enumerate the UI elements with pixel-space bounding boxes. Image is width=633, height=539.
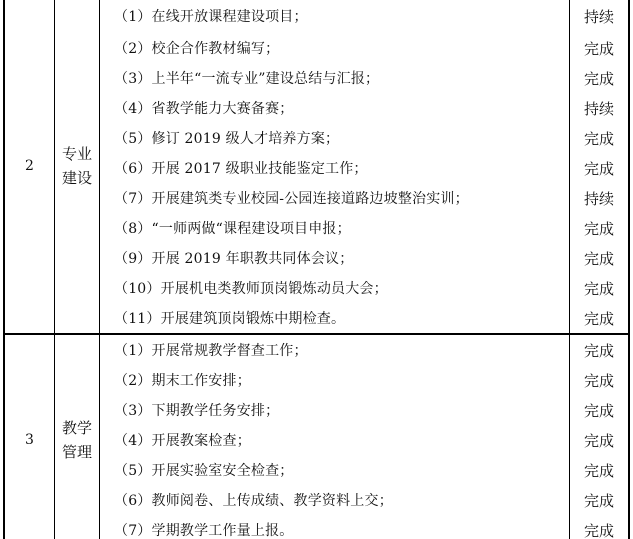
section-category-label: 教学管理 — [61, 416, 93, 464]
item-status: 完成 — [569, 455, 628, 485]
table-row: （3）上半年“一流专业”建设总结与汇报； 完成 — [100, 63, 628, 93]
section-category: 教学管理 — [55, 335, 100, 539]
item-status: 完成 — [569, 515, 628, 539]
table-row: （4）省教学能力大赛备赛； 持续 — [100, 93, 628, 123]
section-category: 专业建设 — [55, 0, 100, 333]
item-text: （5）开展实验室安全检查； — [100, 460, 569, 480]
table-row: （5）开展实验室安全检查； 完成 — [100, 455, 628, 485]
table-row: （1）开展常规教学督查工作； 完成 — [100, 335, 628, 365]
table-row: （6）开展 2017 级职业技能鉴定工作； 完成 — [100, 153, 628, 183]
work-summary-table: 2 专业建设 （1）在线开放课程建设项目； 持续 （2）校企合作教材编写； 完成… — [3, 0, 630, 539]
item-text: （4）开展教案检查； — [100, 430, 569, 450]
table-row: （7）学期教学工作量上报。 完成 — [100, 515, 628, 539]
item-status: 完成 — [569, 63, 628, 93]
item-text: （10）开展机电类教师顶岗锻炼动员大会； — [100, 278, 569, 298]
item-text: （8）“一师两做“课程建设项目申报； — [100, 218, 569, 238]
item-text: （3）上半年“一流专业”建设总结与汇报； — [100, 68, 569, 88]
item-status: 持续 — [569, 93, 628, 123]
item-text: （7）学期教学工作量上报。 — [100, 520, 569, 539]
table-row: （1）在线开放课程建设项目； 持续 — [100, 0, 628, 33]
item-status: 完成 — [569, 425, 628, 455]
item-status: 持续 — [569, 0, 628, 33]
item-text: （1）开展常规教学督查工作； — [100, 340, 569, 360]
item-text: （9）开展 2019 年职教共同体会议； — [100, 248, 569, 268]
item-text: （6）开展 2017 级职业技能鉴定工作； — [100, 158, 569, 178]
table-row: （6）教师阅卷、上传成绩、教学资料上交； 完成 — [100, 485, 628, 515]
table-row: （10）开展机电类教师顶岗锻炼动员大会； 完成 — [100, 273, 628, 303]
section-number: 3 — [5, 335, 55, 539]
item-status: 完成 — [569, 33, 628, 63]
item-text: （7）开展建筑类专业校园-公园连接道路边坡整治实训； — [100, 188, 569, 208]
item-text: （3）下期教学任务安排； — [100, 400, 569, 420]
item-status: 完成 — [569, 485, 628, 515]
item-status: 完成 — [569, 365, 628, 395]
section-teaching-management: 3 教学管理 （1）开展常规教学督查工作； 完成 （2）期末工作安排； 完成 （… — [5, 333, 628, 539]
item-status: 持续 — [569, 183, 628, 213]
item-text: （11）开展建筑顶岗锻炼中期检查。 — [100, 308, 569, 328]
item-status: 完成 — [569, 303, 628, 333]
item-status: 完成 — [569, 243, 628, 273]
section-number: 2 — [5, 0, 55, 333]
table-row: （11）开展建筑顶岗锻炼中期检查。 完成 — [100, 303, 628, 333]
table-row: （3）下期教学任务安排； 完成 — [100, 395, 628, 425]
item-text: （5）修订 2019 级人才培养方案； — [100, 128, 569, 148]
table-row: （8）“一师两做“课程建设项目申报； 完成 — [100, 213, 628, 243]
item-text: （4）省教学能力大赛备赛； — [100, 98, 569, 118]
item-text: （2）校企合作教材编写； — [100, 38, 569, 58]
table-row: （2）校企合作教材编写； 完成 — [100, 33, 628, 63]
section-professional-construction: 2 专业建设 （1）在线开放课程建设项目； 持续 （2）校企合作教材编写； 完成… — [5, 0, 628, 333]
item-status: 完成 — [569, 153, 628, 183]
item-text: （1）在线开放课程建设项目； — [100, 6, 569, 26]
item-status: 完成 — [569, 213, 628, 243]
item-status: 完成 — [569, 335, 628, 365]
section-items: （1）开展常规教学督查工作； 完成 （2）期末工作安排； 完成 （3）下期教学任… — [100, 335, 628, 539]
section-items: （1）在线开放课程建设项目； 持续 （2）校企合作教材编写； 完成 （3）上半年… — [100, 0, 628, 333]
table-row: （5）修订 2019 级人才培养方案； 完成 — [100, 123, 628, 153]
item-text: （6）教师阅卷、上传成绩、教学资料上交； — [100, 490, 569, 510]
item-text: （2）期末工作安排； — [100, 370, 569, 390]
table-row: （9）开展 2019 年职教共同体会议； 完成 — [100, 243, 628, 273]
section-category-label: 专业建设 — [61, 142, 93, 190]
table-row: （2）期末工作安排； 完成 — [100, 365, 628, 395]
item-status: 完成 — [569, 395, 628, 425]
table-row: （4）开展教案检查； 完成 — [100, 425, 628, 455]
item-status: 完成 — [569, 273, 628, 303]
item-status: 完成 — [569, 123, 628, 153]
table-row: （7）开展建筑类专业校园-公园连接道路边坡整治实训； 持续 — [100, 183, 628, 213]
